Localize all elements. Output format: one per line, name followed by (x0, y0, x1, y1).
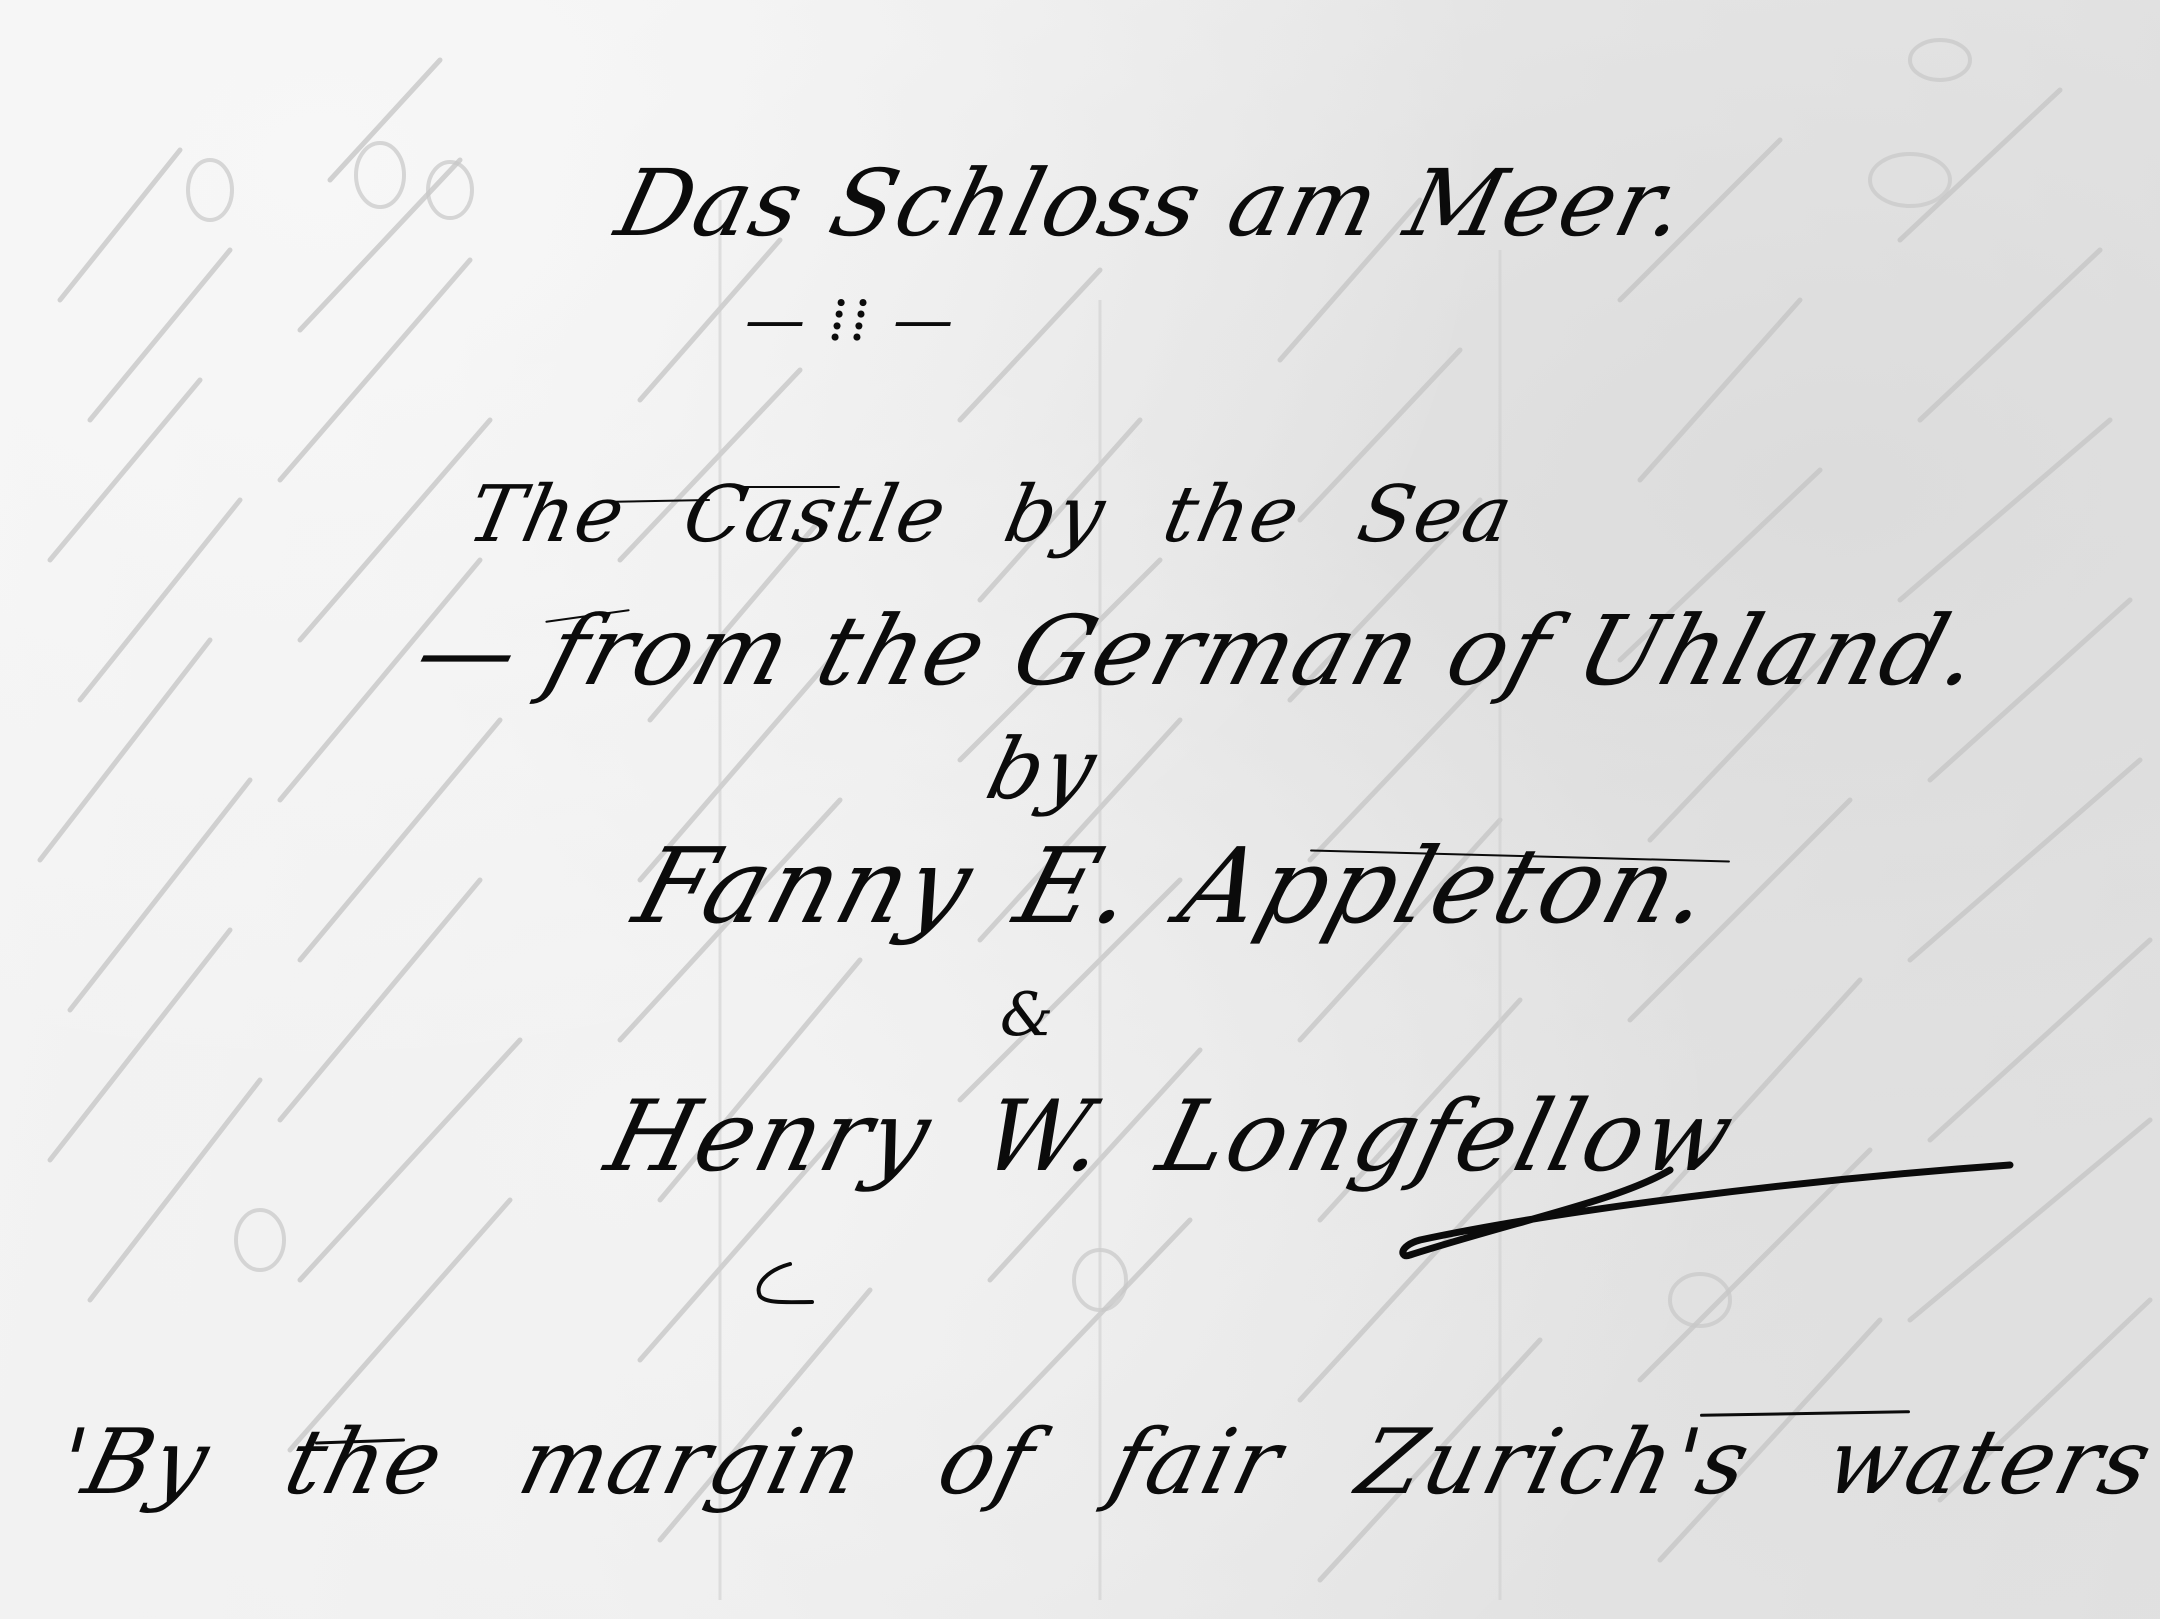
title-english: The Castle by the Sea (460, 470, 1521, 560)
epigraph-quote: 'By the margin of fair Zurich's waters'. (47, 1410, 2160, 1515)
title-german: Das Schloss am Meer. (607, 150, 1699, 257)
conjunction-ampersand: & (1000, 980, 1055, 1050)
ornament-divider: — ⁞⁞ — (745, 285, 955, 355)
manuscript-page: Das Schloss am Meer. — ⁞⁞ — The Castle b… (0, 0, 2160, 1619)
author-fanny-appleton: Fanny E. Appleton. (623, 825, 1728, 947)
by-line: by (978, 720, 1108, 818)
title-english-overline-2 (740, 486, 840, 488)
signature-flourish (1380, 1160, 2020, 1260)
closing-mark (750, 1260, 820, 1310)
source-line: — from the German of Uhland. (404, 595, 1995, 707)
